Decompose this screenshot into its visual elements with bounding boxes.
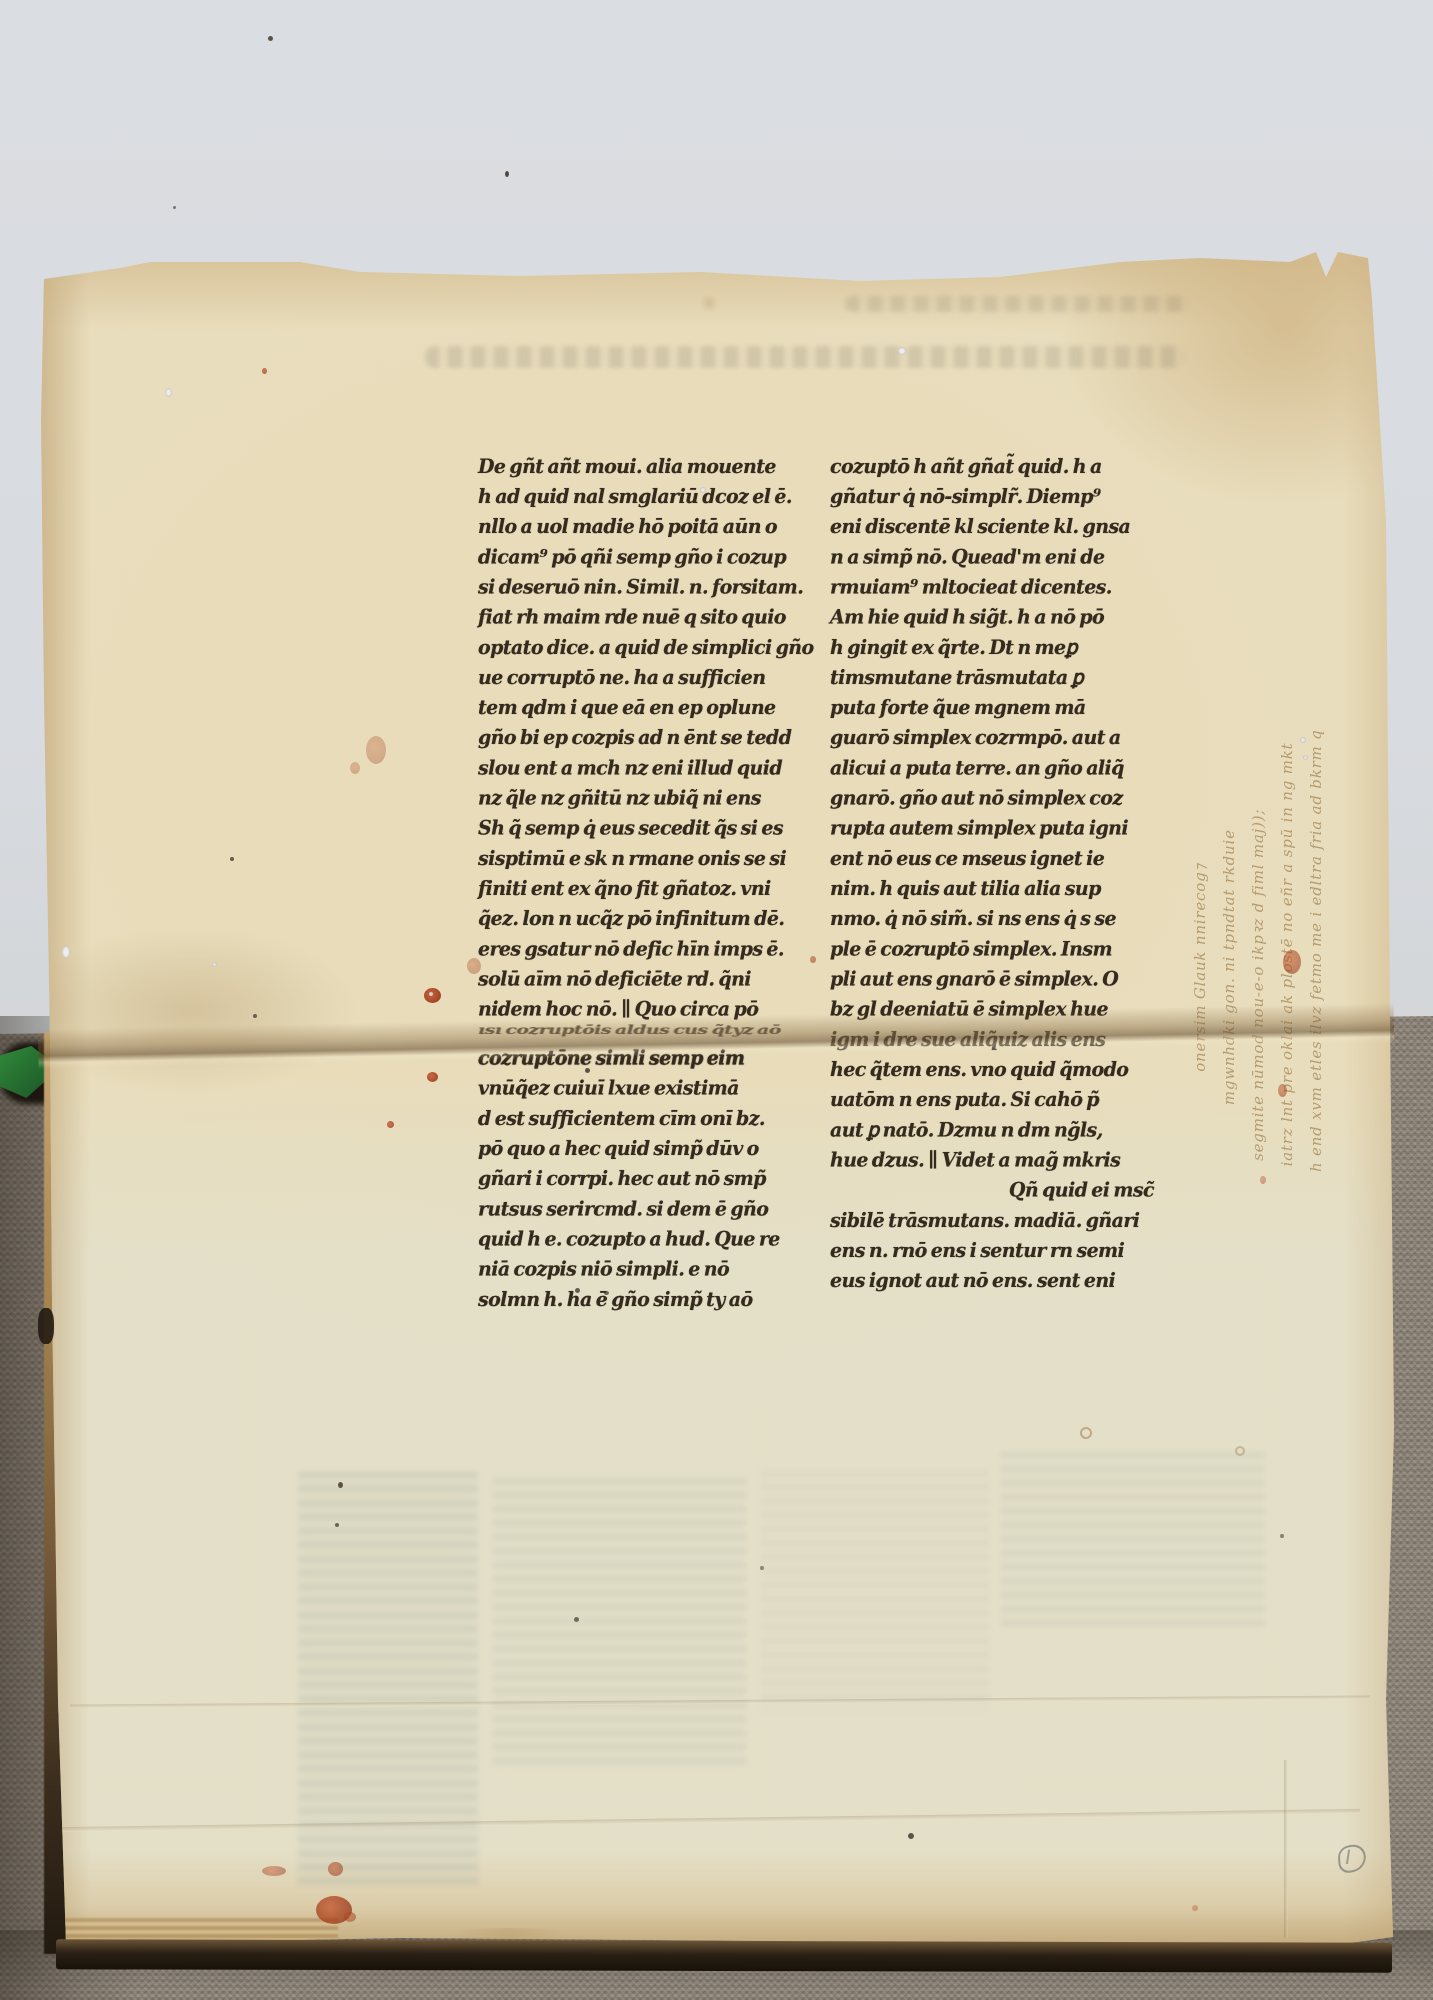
text-line: solū aīm nō deficiēte rd. q̃ni [478, 965, 814, 995]
speck-mark [604, 1291, 609, 1295]
rust-mark [1260, 1176, 1266, 1184]
text-line: ue corruptō ne. ha a sufficien [478, 663, 814, 693]
crease-line-vertical [1284, 1760, 1288, 1938]
rust-mark [427, 1072, 438, 1082]
speck-mark [173, 206, 176, 209]
hole-mark [1303, 755, 1308, 760]
text-line: slou ent a mch nz eni illud quid [478, 754, 814, 784]
text-line: niā cozpis niō simpli. e nō [478, 1255, 814, 1285]
rust-mark [467, 958, 481, 974]
showthrough-band-top [845, 296, 1190, 312]
rust-mark [1192, 1905, 1198, 1911]
text-line: ens n. rnō ens i sentur rn semi [830, 1236, 1154, 1266]
speck-mark [575, 1288, 580, 1293]
text-line: dicam⁹ pō qñi semp gño i cozup [478, 542, 814, 572]
hole-mark [898, 347, 906, 355]
text-line: nz q̃le nz gñitū nz ubiq̃ ni ens [478, 784, 814, 814]
speck-mark [335, 1523, 339, 1527]
text-line: eni discentē kl sciente kl. gnsa [830, 512, 1154, 542]
text-line: n a simp̃ nō. Quead'm eni de [830, 542, 1154, 572]
speck-mark [574, 1617, 579, 1622]
hole-mark [62, 946, 70, 958]
rust-mark [810, 956, 816, 963]
showthrough-block-center [492, 1478, 747, 1768]
text-line: guarō simplex cozrmpō. aut a [830, 723, 1154, 753]
text-line: hue dzus. ∥ Videt a mag̃ mkris [830, 1146, 1154, 1176]
speck-mark [908, 1833, 914, 1839]
text-line: pli aut ens gnarō ē simplex. O [830, 965, 1154, 995]
speck-mark [338, 1482, 343, 1488]
rust-mark [387, 1121, 394, 1128]
rust-mark [262, 368, 267, 374]
hole-mark [429, 992, 433, 996]
text-line: rutsus serircmd. si dem ē gño [478, 1195, 814, 1225]
text-column-1: De gñt añt moui. alia mouenteh ad quid n… [478, 452, 814, 1315]
text-line: gño bi ep cozpis ad n ēnt se tedd [478, 723, 814, 753]
speck-mark [505, 171, 509, 177]
hole-mark [1300, 737, 1306, 743]
text-column-2: cozuptō h añt gñat̃ quid. h agñatur q̇ n… [830, 452, 1154, 1296]
showthrough-block-mid [760, 1470, 990, 1710]
text-line: gnarō. gño aut nō simplex coz [830, 784, 1154, 814]
hole-mark [700, 487, 706, 493]
text-line: quid h e. cozupto a hud. Que re [478, 1225, 814, 1255]
text-line: gñari i corrpi. hec aut nō smp̃ [478, 1164, 814, 1194]
rust-mark [328, 1862, 343, 1876]
text-line: cozuptō h añt gñat̃ quid. h a [830, 452, 1154, 482]
text-line: rmuiam⁹ mltocieat dicentes. [830, 573, 1154, 603]
text-line: nllo a uol madie hō poitā aūn o [478, 512, 814, 542]
hole-mark [212, 962, 217, 967]
text-line: h gingit ex q̃rte. Dt n meꝑ [830, 633, 1154, 663]
text-line: d est sufficientem cīm onī bz. [478, 1104, 814, 1134]
showthrough-band-upper [425, 346, 1185, 368]
text-line: ent nō eus ce mseus ignet ie [830, 844, 1154, 874]
rust-mark [262, 1866, 286, 1876]
speck-mark [253, 1014, 257, 1018]
speck-mark [268, 36, 273, 41]
text-line: vnūq̃ez cuiuī lxue existimā [478, 1074, 814, 1104]
text-line: aut ꝑ natō. Dzmu n dm ng̃ls, [830, 1116, 1154, 1146]
text-line: si deseruō nin. Simil. n. forsitam. [478, 573, 814, 603]
text-line: hec q̃tem ens. vno quid q̃modo [830, 1055, 1154, 1085]
manuscript-photo: De gñt añt moui. alia mouenteh ad quid n… [0, 0, 1433, 2000]
rust-mark [344, 1912, 356, 1922]
text-line: rupta autem simplex puta igni [830, 814, 1154, 844]
text-line: gñatur q̇ nō-simplr̃. Diemp⁹ [830, 482, 1154, 512]
text-line: fiat rh maim rde nuē q sito quio [478, 603, 814, 633]
text-line: puta forte q̃ue mgnem mā [830, 693, 1154, 723]
rust-mark [350, 762, 360, 774]
text-line: nim. h quis aut tilia alia sup [830, 874, 1154, 904]
tan-mark [700, 292, 718, 314]
text-line: alicui a puta terre. an gño aliq̃ [830, 754, 1154, 784]
text-line: sibilē trāsmutans. madiā. gñari [830, 1206, 1154, 1236]
text-line: optato dice. a quid de simplici gño [478, 633, 814, 663]
rust-mark [366, 736, 386, 764]
text-line: eus ignot aut nō ens. sent eni [830, 1266, 1154, 1296]
text-line: Am hie quid h sig̃t. h a nō pō [830, 603, 1154, 633]
speck-mark [230, 857, 234, 861]
text-line: De gñt añt moui. alia mouente [478, 452, 814, 482]
text-line: sisptimū e sk n rmane onis se si [478, 844, 814, 874]
text-line: uatōm n ens puta. Si cahō p̃ [830, 1085, 1154, 1115]
text-line: q̃ez. lon n ucq̃z pō infinitum dē. [478, 904, 814, 934]
blob-mark [38, 1308, 54, 1344]
text-line: eres gsatur nō defic hīn imps ē. [478, 935, 814, 965]
text-line: Sh q̃ semp q̇ eus secedit q̃s si es [478, 814, 814, 844]
speck-mark [1280, 1534, 1284, 1538]
rust-mark [1278, 1084, 1287, 1097]
text-line: ple ē cozruptō simplex. Insm [830, 935, 1154, 965]
hole-mark [165, 388, 172, 397]
text-line: finiti ent ex q̃no fit gñatoz. vni [478, 874, 814, 904]
text-line: timsmutane trāsmutata ꝑ [830, 663, 1154, 693]
speck-mark [760, 1566, 764, 1570]
rust-mark [424, 988, 441, 1003]
speck-mark [585, 1068, 590, 1073]
showthrough-block-right [1000, 1452, 1265, 1627]
text-line: Qñ quid ei msc̃ [830, 1176, 1154, 1206]
text-line: pō quo a hec quid simp̃ dūv o [478, 1134, 814, 1164]
text-line: solmn h. ha ē gño simp̃ ty aō [478, 1285, 814, 1315]
book-block-bottom-edge [56, 1939, 1392, 1972]
text-line: h ad quid nal smglariū dcoz el ē. [478, 482, 814, 512]
crease-line [60, 1809, 1360, 1832]
ring-mark [1080, 1427, 1092, 1439]
text-line: tem qdm i que eā en ep oplune [478, 693, 814, 723]
rust-mark [1283, 950, 1301, 974]
ring-mark [1235, 1446, 1245, 1456]
text-line: nmo. q̇ nō sim̃. si ns ens q̇ s se [830, 904, 1154, 934]
